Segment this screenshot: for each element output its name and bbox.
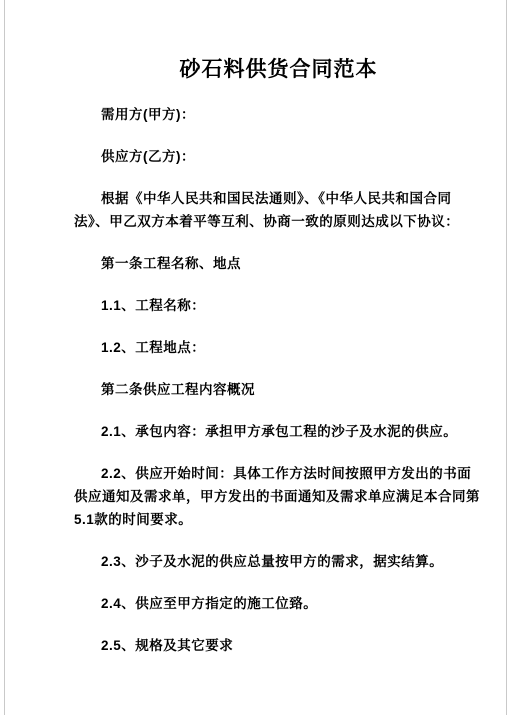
- document-page: 砂石料供货合同范本 需用方(甲方)： 供应方(乙方)： 根据《中华人民共和国民法…: [0, 0, 511, 715]
- paragraph-clause-1-2: 1.2、工程地点：: [74, 336, 483, 359]
- paragraph-preamble: 根据《中华人民共和国民法通则》、《中华人民共和国合同法》、甲乙双方本着平等互利、…: [74, 187, 483, 233]
- document-title: 砂石料供货合同范本: [74, 56, 483, 83]
- paragraph-clause-2-2: 2.2、供应开始时间：具体工作方法时间按照甲方发出的书面供应通知及需求单，甲方发…: [74, 462, 483, 531]
- paragraph-clause-1-1: 1.1、工程名称：: [74, 294, 483, 317]
- document-content: 砂石料供货合同范本 需用方(甲方)： 供应方(乙方)： 根据《中华人民共和国民法…: [0, 0, 511, 715]
- paragraph-clause-2: 第二条供应工程内容概况: [74, 378, 483, 401]
- paragraph-clause-2-5: 2.5、规格及其它要求: [74, 634, 483, 657]
- paragraph-clause-2-4: 2.4、供应至甲方指定的施工位臵。: [74, 592, 483, 615]
- paragraph-clause-2-3: 2.3、沙子及水泥的供应总量按甲方的需求，据实结算。: [74, 550, 483, 573]
- paragraph-party-a: 需用方(甲方)：: [74, 103, 483, 126]
- paragraph-party-b: 供应方(乙方)：: [74, 145, 483, 168]
- paragraph-clause-2-1: 2.1、承包内容：承担甲方承包工程的沙子及水泥的供应。: [74, 420, 483, 443]
- paragraph-clause-1: 第一条工程名称、地点: [74, 252, 483, 275]
